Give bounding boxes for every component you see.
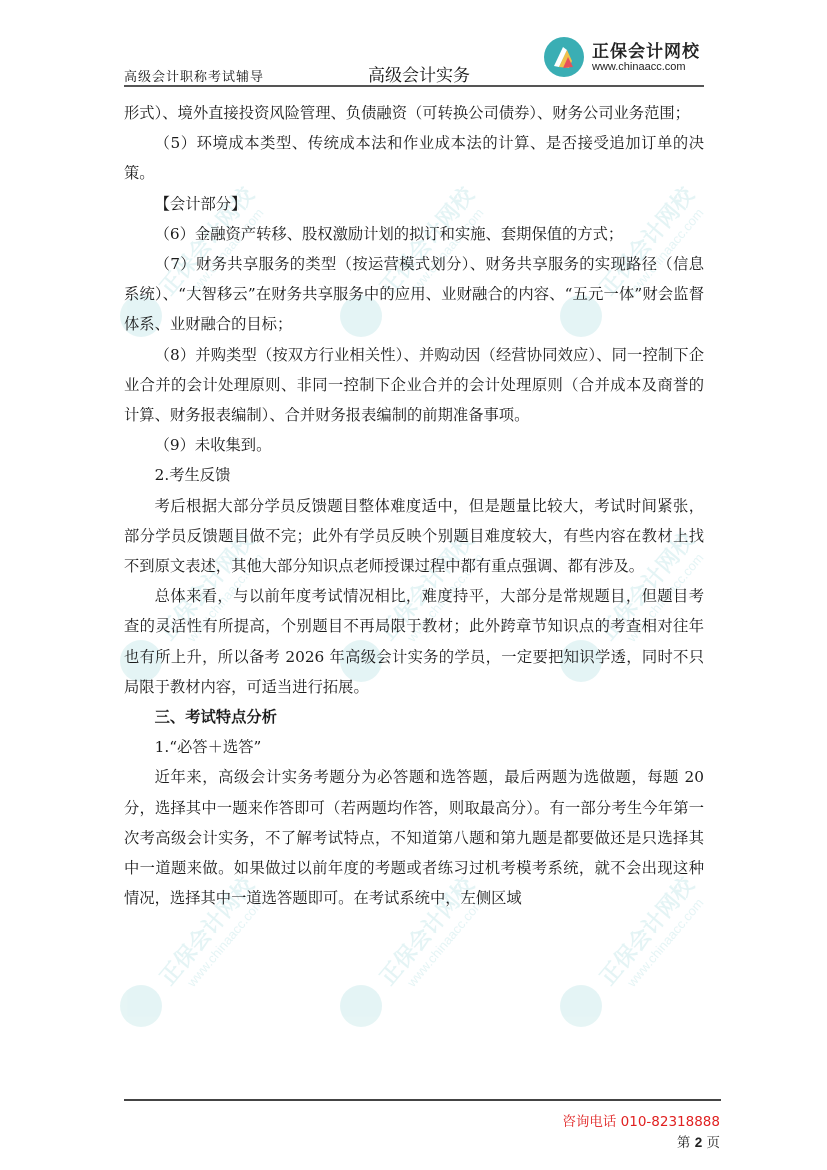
header-subject-title: 高级会计实务 <box>368 61 470 86</box>
page-prefix: 第 <box>677 1135 691 1151</box>
page-suffix: 页 <box>707 1135 721 1151</box>
list-item-5: （5）环境成本类型、传统成本法和作业成本法的计算、是否接受追加订单的决策。 <box>124 128 704 188</box>
subheading-feedback: 2.考生反馈 <box>124 460 704 490</box>
header-divider <box>124 85 704 87</box>
brand-logo: 正保会计网校 www.chinaacc.com <box>544 35 706 79</box>
watermark-logo-icon <box>120 985 162 1027</box>
footer-divider <box>124 1099 721 1101</box>
list-item-6: （6）金融资产转移、股权激励计划的拟订和实施、套期保值的方式； <box>124 219 704 249</box>
list-item-8: （8）并购类型（按双方行业相关性）、并购动因（经营协同效应）、同一控制下企业合并… <box>124 340 704 431</box>
footer-phone: 咨询电话 010-82318888 <box>562 1110 720 1130</box>
paragraph-required-optional: 近年来，高级会计实务考题分为必答题和选答题，最后两题为选做题，每题 20 分，选… <box>124 762 704 913</box>
logo-brand-name: 正保会计网校 <box>592 37 700 62</box>
section-label-accounting: 【会计部分】 <box>124 189 704 219</box>
logo-url: www.chinaacc.com <box>592 61 686 73</box>
watermark-logo-icon <box>560 985 602 1027</box>
heading-exam-features: 三、考试特点分析 <box>124 702 704 732</box>
paragraph-continuation: 形式）、境外直接投资风险管理、负债融资（可转换公司债券）、财务公司业务范围； <box>124 98 704 128</box>
page-number: 第 2 页 <box>677 1131 720 1151</box>
list-item-7: （7）财务共享服务的类型（按运营模式划分）、财务共享服务的实现路径（信息系统）、… <box>124 249 704 340</box>
page-header: 高级会计职称考试辅导 高级会计实务 正保会计网校 www.chinaacc.co… <box>124 30 704 86</box>
document-body: 形式）、境外直接投资风险管理、负债融资（可转换公司债券）、财务公司业务范围； （… <box>124 98 704 913</box>
chinaacc-logo-icon <box>544 37 584 77</box>
header-series-title: 高级会计职称考试辅导 <box>124 66 264 85</box>
page-number-value: 2 <box>695 1135 703 1150</box>
paragraph-summary: 总体来看，与以前年度考试情况相比，难度持平，大部分是常规题目，但题目考查的灵活性… <box>124 581 704 702</box>
watermark-logo-icon <box>340 985 382 1027</box>
list-item-9: （9）未收集到。 <box>124 430 704 460</box>
paragraph-feedback: 考后根据大部分学员反馈题目整体难度适中，但是题量比较大，考试时间紧张，部分学员反… <box>124 491 704 582</box>
subheading-required-optional: 1.“必答＋选答” <box>124 732 704 762</box>
